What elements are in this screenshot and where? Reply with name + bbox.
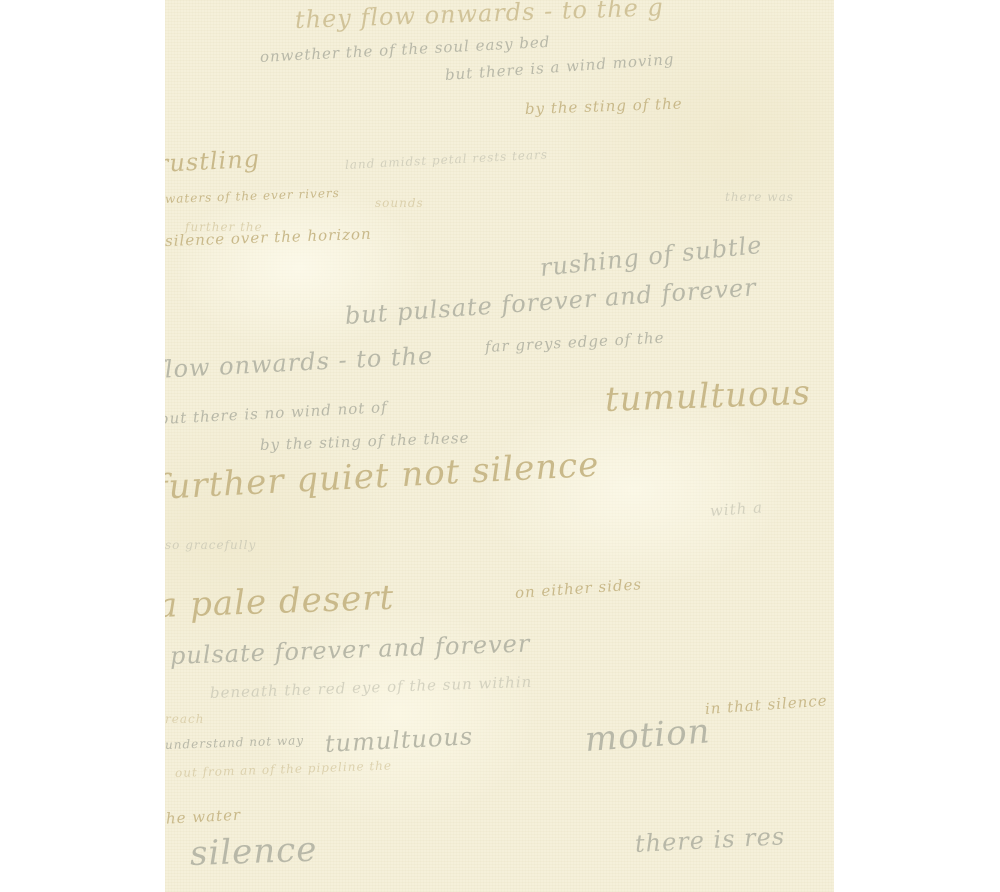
script-line: beneath the red eye of the sun within bbox=[210, 673, 533, 702]
script-line: the water bbox=[165, 806, 242, 828]
script-line: motion bbox=[584, 711, 712, 760]
script-line: with a bbox=[709, 498, 763, 520]
handwriting-wallpaper: they flow onwards - to the g onwether th… bbox=[165, 0, 834, 892]
script-line: silence bbox=[189, 830, 318, 874]
script-line: but there is a wind moving bbox=[444, 50, 675, 84]
script-line: land amidst petal rests tears bbox=[345, 147, 549, 172]
script-line: understand not way bbox=[165, 733, 304, 752]
script-line: far greys edge of the bbox=[485, 329, 665, 356]
script-line: but there is no wind not of bbox=[165, 398, 388, 428]
script-line: on either sides bbox=[514, 575, 642, 602]
script-line: out from an of the pipeline the bbox=[175, 758, 392, 780]
script-line: they flow onwards - to the g bbox=[295, 0, 665, 34]
script-line: reach bbox=[165, 712, 204, 726]
script-line: pulsate forever and forever bbox=[170, 629, 531, 670]
script-line: in that silence bbox=[704, 691, 828, 718]
script-line: rustling bbox=[165, 145, 261, 178]
script-line: tumultuous bbox=[604, 373, 811, 420]
script-line: but pulsate forever and forever bbox=[344, 273, 758, 330]
script-line: so gracefully bbox=[165, 538, 256, 552]
script-line: waters of the ever rivers bbox=[165, 186, 340, 206]
script-line: by the sting of the these bbox=[260, 429, 470, 454]
script-line: tumultuous bbox=[324, 722, 474, 758]
script-line: by the sting of the bbox=[525, 95, 683, 118]
script-line: there was bbox=[725, 190, 794, 204]
script-line: there is res bbox=[634, 822, 785, 858]
script-line: a pale desert bbox=[165, 578, 395, 626]
script-line: sounds bbox=[375, 196, 424, 210]
script-line: further quiet not silence bbox=[165, 445, 600, 508]
script-line: flow onwards - to the bbox=[165, 341, 434, 384]
